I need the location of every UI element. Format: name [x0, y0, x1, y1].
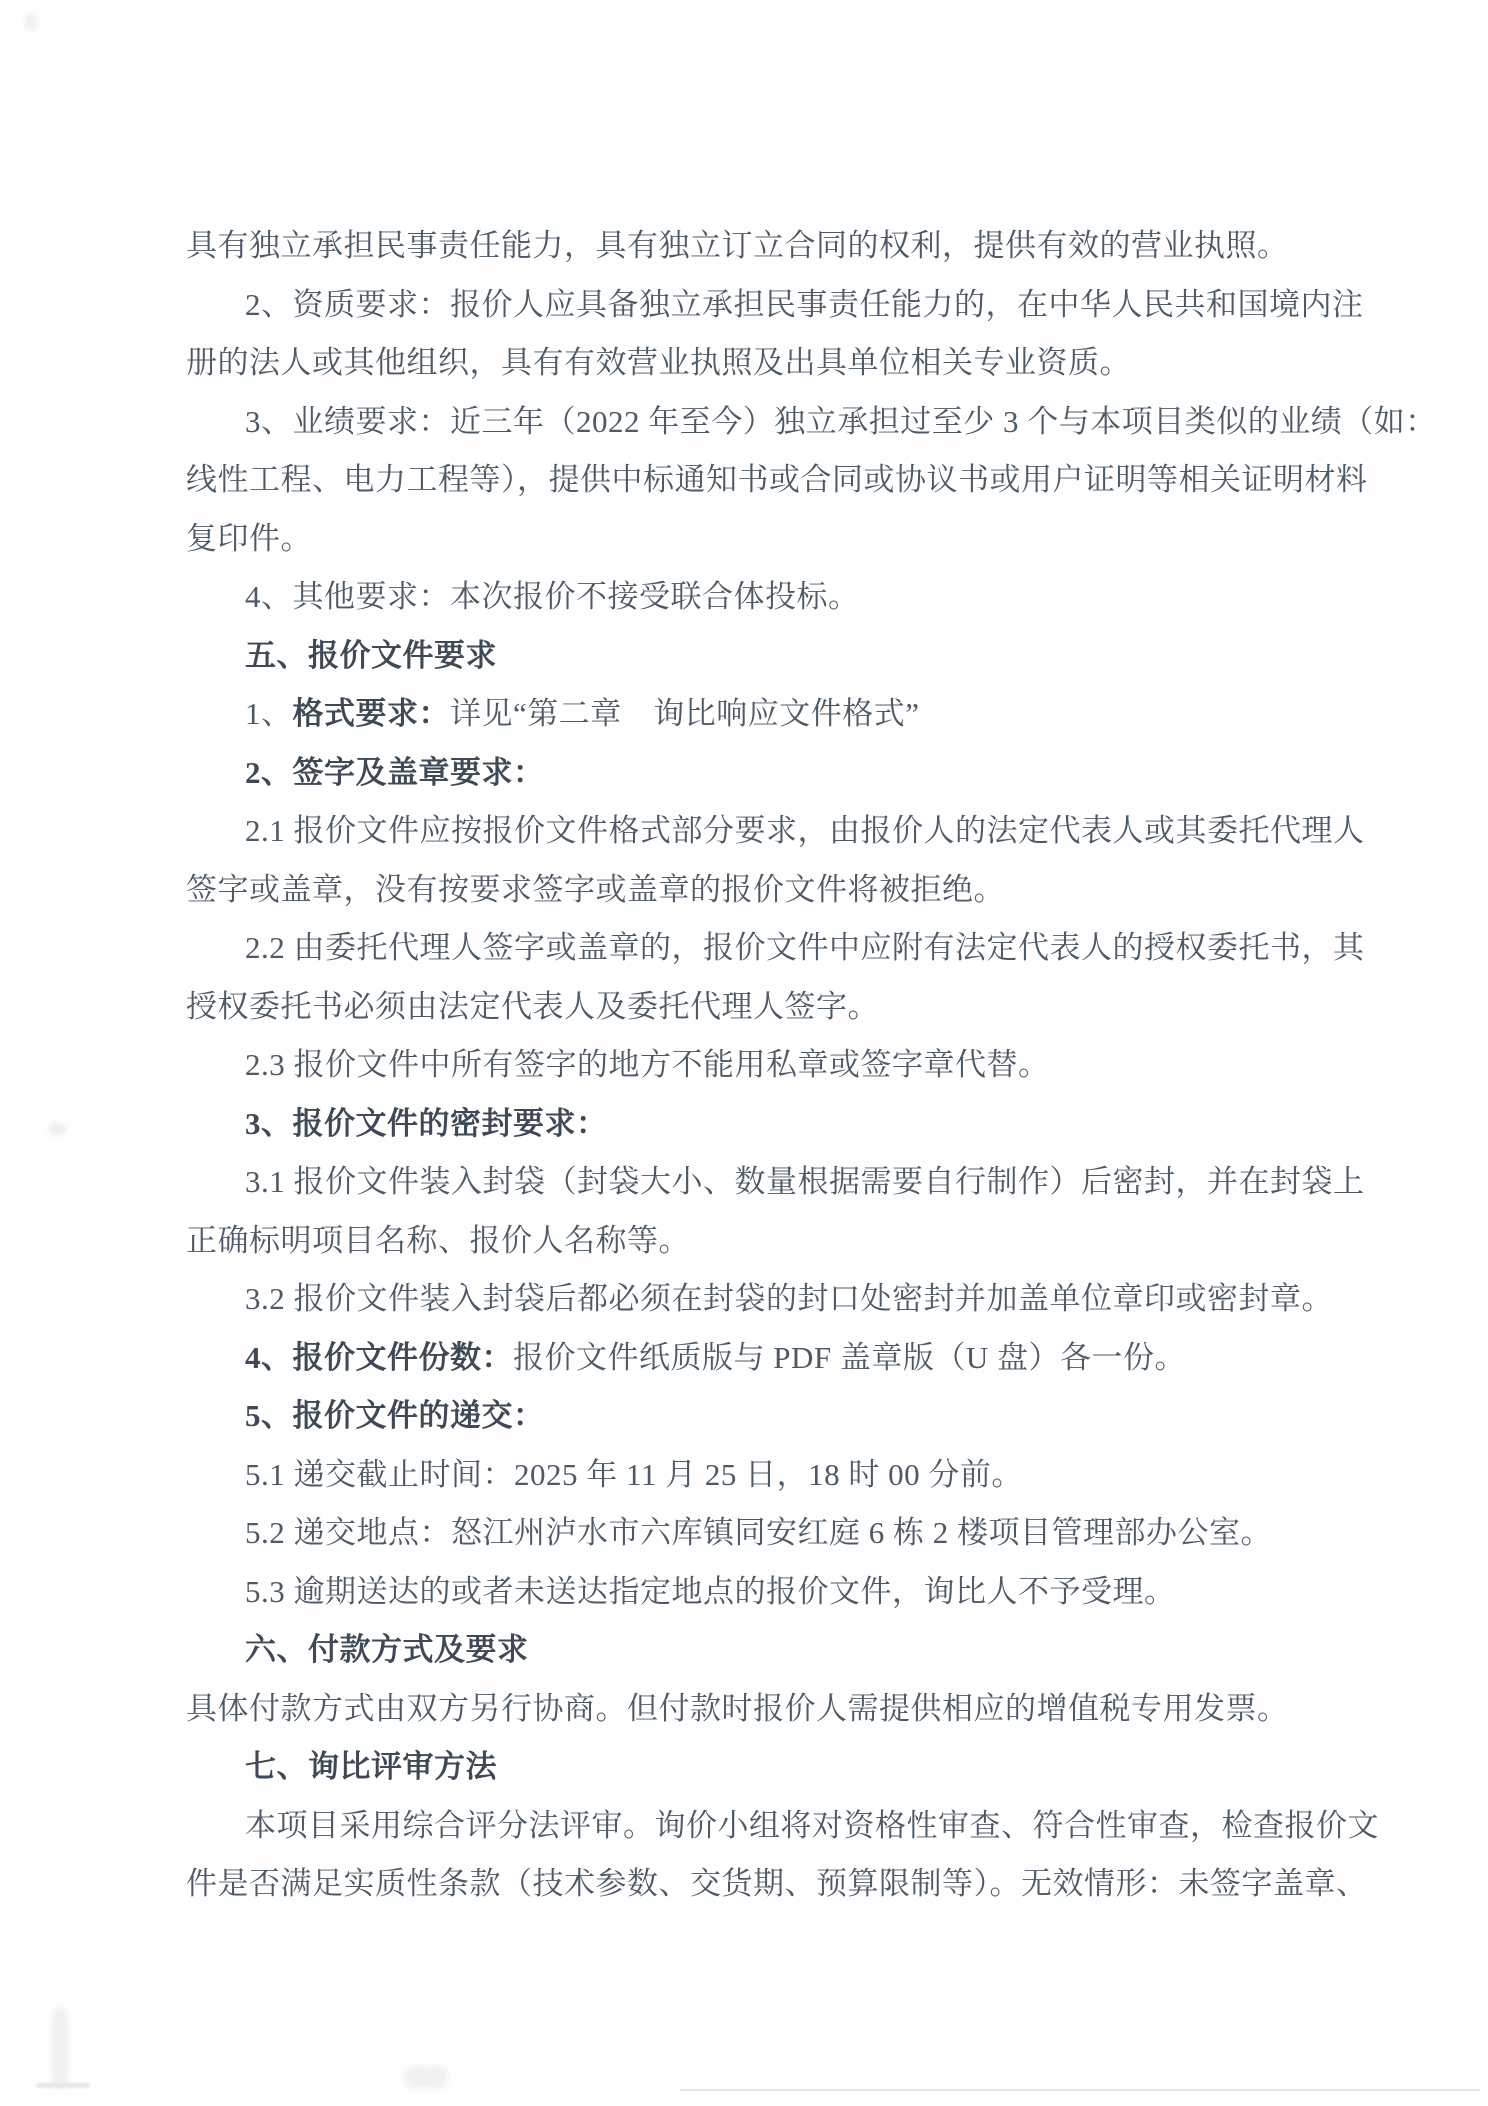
- document-line: 2、签字及盖章要求：: [186, 744, 1331, 803]
- line-text: 4、其他要求：本次报价不接受联合体投标。: [245, 579, 860, 614]
- document-line: 线性工程、电力工程等），提供中标通知书或合同或协议书或用户证明等相关证明材料: [186, 451, 1331, 510]
- document-page: 具有独立承担民事责任能力，具有独立订立合同的权利，提供有效的营业执照。2、资质要…: [0, 0, 1488, 2106]
- document-line: 4、其他要求：本次报价不接受联合体投标。: [186, 568, 1331, 627]
- document-line: 六、付款方式及要求: [186, 1621, 1331, 1680]
- line-text: 3、业绩要求：近三年（2022 年至今）独立承担过至少 3 个与本项目类似的业绩…: [245, 404, 1437, 439]
- document-line: 册的法人或其他组织，具有有效营业执照及出具单位相关专业资质。: [186, 334, 1331, 393]
- document-line: 正确标明项目名称、报价人名称等。: [186, 1212, 1331, 1271]
- line-bold-label: 5、报价文件的递交：: [245, 1398, 545, 1433]
- line-bold-label: 七、询比评审方法: [245, 1749, 497, 1784]
- line-text: 册的法人或其他组织，具有有效营业执照及出具单位相关专业资质。: [186, 345, 1131, 380]
- document-line: 具有独立承担民事责任能力，具有独立订立合同的权利，提供有效的营业执照。: [186, 217, 1331, 276]
- line-text: 授权委托书必须由法定代表人及委托代理人签字。: [186, 989, 879, 1024]
- line-text: 1、: [245, 696, 293, 731]
- document-line: 2、资质要求：报价人应具备独立承担民事责任能力的，在中华人民共和国境内注: [186, 276, 1331, 335]
- document-line: 五、报价文件要求: [186, 627, 1331, 686]
- line-bold-label: 格式要求：: [293, 696, 451, 731]
- document-line: 2.2 由委托代理人签字或盖章的，报价文件中应附有法定代表人的授权委托书，其: [186, 919, 1331, 978]
- line-text: 具有独立承担民事责任能力，具有独立订立合同的权利，提供有效的营业执照。: [186, 228, 1289, 263]
- line-text: 正确标明项目名称、报价人名称等。: [186, 1223, 690, 1258]
- line-bold-label: 2、签字及盖章要求：: [245, 755, 545, 790]
- document-line: 2.1 报价文件应按报价文件格式部分要求，由报价人的法定代表人或其委托代理人: [186, 802, 1331, 861]
- document-line: 3.1 报价文件装入封袋（封袋大小、数量根据需要自行制作）后密封，并在封袋上: [186, 1153, 1331, 1212]
- document-line: 2.3 报价文件中所有签字的地方不能用私章或签字章代替。: [186, 1036, 1331, 1095]
- document-line: 5.2 递交地点：怒江州泸水市六库镇同安红庭 6 栋 2 楼项目管理部办公室。: [186, 1504, 1331, 1563]
- line-text: 签字或盖章，没有按要求签字或盖章的报价文件将被拒绝。: [186, 872, 1005, 907]
- document-line: 5.1 递交截止时间：2025 年 11 月 25 日，18 时 00 分前。: [186, 1446, 1331, 1505]
- line-text: 5.3 逾期送达的或者未送达指定地点的报价文件，询比人不予受理。: [245, 1574, 1176, 1609]
- line-text: 本项目采用综合评分法评审。询价小组将对资格性审查、符合性审查，检查报价文: [245, 1808, 1379, 1843]
- line-text: 复印件。: [186, 521, 312, 556]
- document-line: 具体付款方式由双方另行协商。但付款时报价人需提供相应的增值税专用发票。: [186, 1680, 1331, 1739]
- line-bold-label: 五、报价文件要求: [245, 638, 497, 673]
- line-bold-label: 4、报价文件份数：: [245, 1340, 513, 1375]
- document-line: 本项目采用综合评分法评审。询价小组将对资格性审查、符合性审查，检查报价文: [186, 1797, 1331, 1856]
- scan-artifact-page-edge-line: [680, 2089, 1480, 2091]
- line-bold-label: 3、报价文件的密封要求：: [245, 1106, 608, 1141]
- line-text: 2.1 报价文件应按报价文件格式部分要求，由报价人的法定代表人或其委托代理人: [245, 813, 1365, 848]
- line-text: 2.2 由委托代理人签字或盖章的，报价文件中应附有法定代表人的授权委托书，其: [245, 930, 1365, 965]
- document-line: 授权委托书必须由法定代表人及委托代理人签字。: [186, 978, 1331, 1037]
- scan-artifact-smudge: [48, 1122, 66, 1136]
- line-text: 5.1 递交截止时间：2025 年 11 月 25 日，18 时 00 分前。: [245, 1457, 1023, 1492]
- document-line: 5、报价文件的递交：: [186, 1387, 1331, 1446]
- document-line: 3.2 报价文件装入封袋后都必须在封袋的封口处密封并加盖单位章印或密封章。: [186, 1270, 1331, 1329]
- line-text: 3.2 报价文件装入封袋后都必须在封袋的封口处密封并加盖单位章印或密封章。: [245, 1281, 1333, 1316]
- document-text-block: 具有独立承担民事责任能力，具有独立订立合同的权利，提供有效的营业执照。2、资质要…: [186, 217, 1331, 1914]
- document-line: 5.3 逾期送达的或者未送达指定地点的报价文件，询比人不予受理。: [186, 1563, 1331, 1622]
- document-line: 3、报价文件的密封要求：: [186, 1095, 1331, 1154]
- scan-artifact-mark: [36, 2083, 90, 2088]
- line-text: 2.3 报价文件中所有签字的地方不能用私章或签字章代替。: [245, 1047, 1050, 1082]
- document-line: 复印件。: [186, 510, 1331, 569]
- document-line: 3、业绩要求：近三年（2022 年至今）独立承担过至少 3 个与本项目类似的业绩…: [186, 393, 1331, 452]
- scan-artifact-smudge: [404, 2066, 448, 2088]
- line-text: 详见“第二章 询比响应文件格式”: [450, 696, 920, 731]
- line-text: 2、资质要求：报价人应具备独立承担民事责任能力的，在中华人民共和国境内注: [245, 287, 1364, 322]
- scan-artifact-dot: [24, 13, 38, 31]
- document-line: 4、报价文件份数：报价文件纸质版与 PDF 盖章版（U 盘）各一份。: [186, 1329, 1331, 1388]
- line-text: 件是否满足实质性条款（技术参数、交货期、预算限制等）。无效情形：未签字盖章、: [186, 1866, 1368, 1901]
- document-line: 七、询比评审方法: [186, 1738, 1331, 1797]
- line-text: 报价文件纸质版与 PDF 盖章版（U 盘）各一份。: [513, 1340, 1186, 1375]
- document-line: 签字或盖章，没有按要求签字或盖章的报价文件将被拒绝。: [186, 861, 1331, 920]
- scan-artifact-streak: [52, 2008, 68, 2088]
- line-bold-label: 六、付款方式及要求: [245, 1632, 529, 1667]
- document-line: 件是否满足实质性条款（技术参数、交货期、预算限制等）。无效情形：未签字盖章、: [186, 1855, 1331, 1914]
- line-text: 5.2 递交地点：怒江州泸水市六库镇同安红庭 6 栋 2 楼项目管理部办公室。: [245, 1515, 1272, 1550]
- line-text: 3.1 报价文件装入封袋（封袋大小、数量根据需要自行制作）后密封，并在封袋上: [245, 1164, 1365, 1199]
- document-line: 1、格式要求：详见“第二章 询比响应文件格式”: [186, 685, 1331, 744]
- line-text: 线性工程、电力工程等），提供中标通知书或合同或协议书或用户证明等相关证明材料: [186, 462, 1368, 497]
- line-text: 具体付款方式由双方另行协商。但付款时报价人需提供相应的增值税专用发票。: [186, 1691, 1289, 1726]
